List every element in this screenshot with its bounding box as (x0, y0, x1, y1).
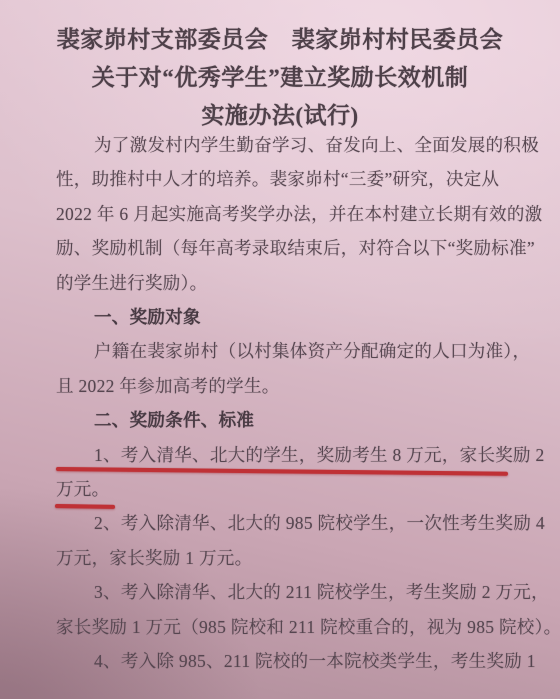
section1-line-2: 且 2022 年参加高考的学生。 (56, 369, 526, 403)
section1-line-1: 户籍在裴家峁村（以村集体资产分配确定的人口为准）， (56, 334, 526, 368)
title-line-committees: 裴家峁村支部委员会 裴家峁村村民委员会 (0, 21, 560, 59)
item1-line-2: 万元。 (56, 472, 526, 506)
intro-line-1: 为了激发村内学生勤奋学习、奋发向上、全面发展的积极 (56, 128, 526, 162)
intro-line-2: 性，助推村中人才的培养。裴家峁村“三委”研究，决定从 (56, 162, 526, 196)
document-photo: 裴家峁村支部委员会 裴家峁村村民委员会 关于对“优秀学生”建立奖励长效机制 实施… (0, 0, 560, 699)
intro-line-5: 的学生进行奖励）。 (56, 266, 526, 300)
item3-line-1: 3、考入除清华、北大的 211 院校学生，考生奖励 2 万元， (56, 575, 526, 609)
intro-line-3: 2022 年 6 月起实施高考奖学办法，并在本村建立长期有效的激 (56, 197, 526, 231)
item2-line-1: 2、考入除清华、北大的 985 院校学生，一次性考生奖励 4 (56, 506, 526, 540)
section-heading-1: 一、奖励对象 (56, 300, 526, 334)
item2-line-2: 万元，家长奖励 1 万元。 (56, 541, 526, 575)
section-heading-2: 二、奖励条件、标准 (56, 403, 526, 437)
item4-line-1: 4、考入除 985、211 院校的一本院校类学生，考生奖励 1 (56, 644, 526, 678)
title-line-subject: 关于对“优秀学生”建立奖励长效机制 (0, 59, 560, 97)
item3-line-2: 家长奖励 1 万元（985 院校和 211 院校重合的，视为 985 院校）。 (56, 610, 526, 644)
intro-line-4: 励、奖励机制（每年高考录取结束后，对符合以下“奖励标准” (56, 231, 526, 265)
document-body: 为了激发村内学生勤奋学习、奋发向上、全面发展的积极 性，助推村中人才的培养。裴家… (56, 128, 526, 679)
document-title: 裴家峁村支部委员会 裴家峁村村民委员会 关于对“优秀学生”建立奖励长效机制 实施… (0, 21, 560, 135)
